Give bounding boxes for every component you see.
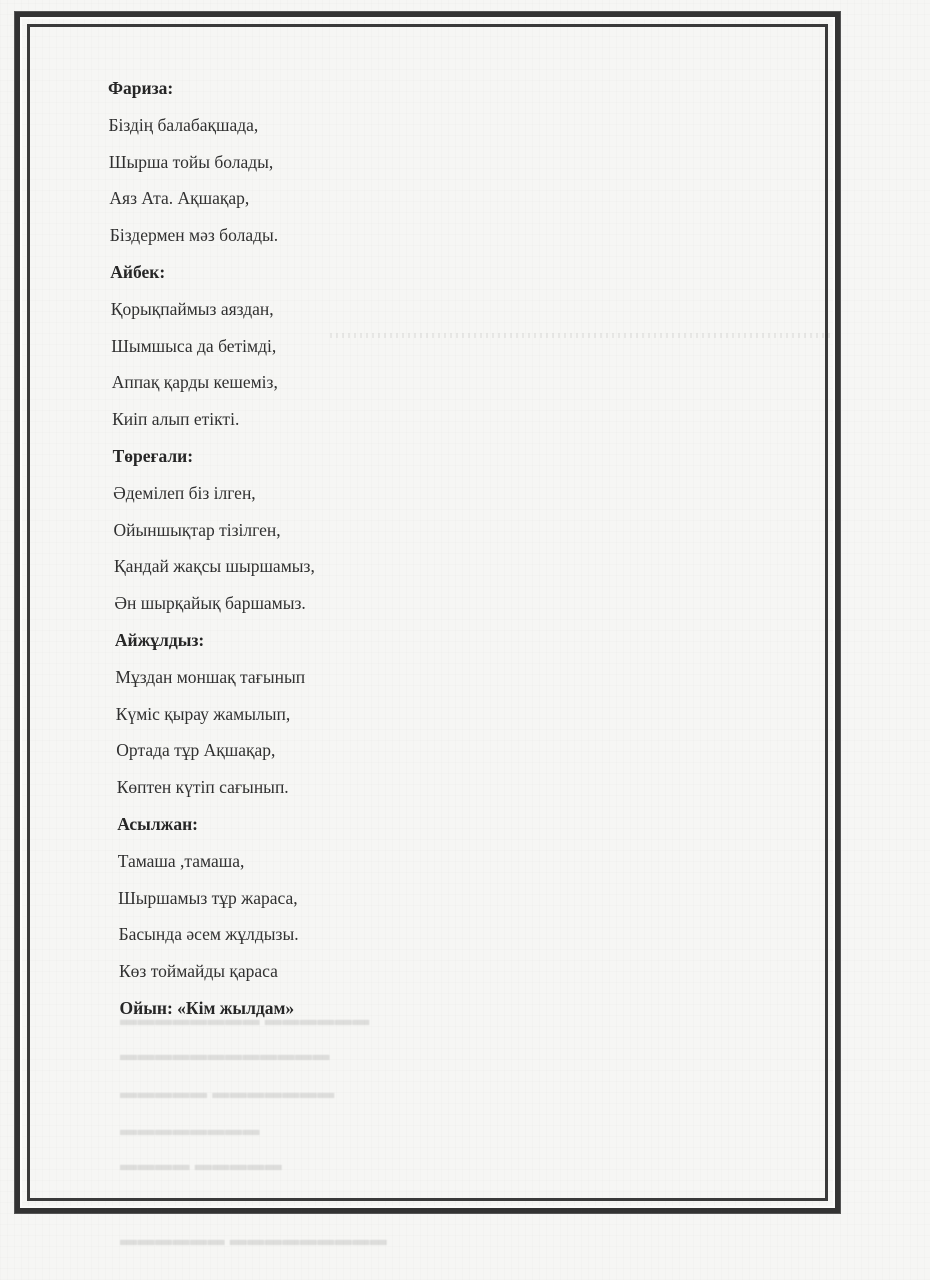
bleed-through-text: ▬▬▬▬▬▬ ▬▬▬▬▬▬▬▬▬: [120, 1230, 387, 1250]
verse-line: Шымшыса да бетімді,: [108, 328, 808, 365]
verse-line: Қандай жақсы шыршамыз,: [108, 548, 808, 585]
verse-line: Мұздан моншақ тағынып: [108, 659, 808, 696]
verse-line: Ән шырқайық баршамыз.: [108, 585, 808, 622]
verse-line: Шырша тойы болады,: [108, 144, 808, 181]
verse-line: Біздермен мәз болады.: [108, 217, 808, 254]
speaker-name: Айбек:: [108, 254, 808, 291]
verse-line: Киіп алып етікті.: [108, 401, 808, 438]
speaker-name: Төреғали:: [108, 438, 808, 475]
speaker-name: Фариза:: [108, 70, 808, 107]
verse-line: Күміс қырау жамылып,: [108, 696, 808, 733]
game-heading: Ойын: «Кім жылдам»: [108, 990, 808, 1027]
verse-line: Шыршамыз тұр жараса,: [108, 880, 808, 917]
poem-content: Фариза:Біздің балабақшада,Шырша тойы бол…: [108, 70, 808, 1027]
verse-line: Ортада тұр Ақшақар,: [108, 732, 808, 769]
speaker-name: Асылжан:: [108, 806, 808, 843]
verse-line: Көз тоймайды қараса: [108, 953, 808, 990]
verse-line: Әдемілеп біз ілген,: [108, 475, 808, 512]
verse-line: Біздің балабақшада,: [108, 107, 808, 144]
verse-line: Басында әсем жұлдызы.: [108, 916, 808, 953]
verse-line: Аппақ қарды кешеміз,: [108, 364, 808, 401]
verse-line: Аяз Ата. Ақшақар,: [108, 180, 808, 217]
verse-line: Көптен күтіп сағынып.: [108, 769, 808, 806]
speaker-name: Айжұлдыз:: [108, 622, 808, 659]
verse-line: Ойыншықтар тізілген,: [108, 512, 808, 549]
verse-line: Тамаша ,тамаша,: [108, 843, 808, 880]
scanned-page: { "document": { "sections": [ { "speaker…: [0, 0, 930, 1280]
verse-line: Қорықпаймыз аяздан,: [108, 291, 808, 328]
